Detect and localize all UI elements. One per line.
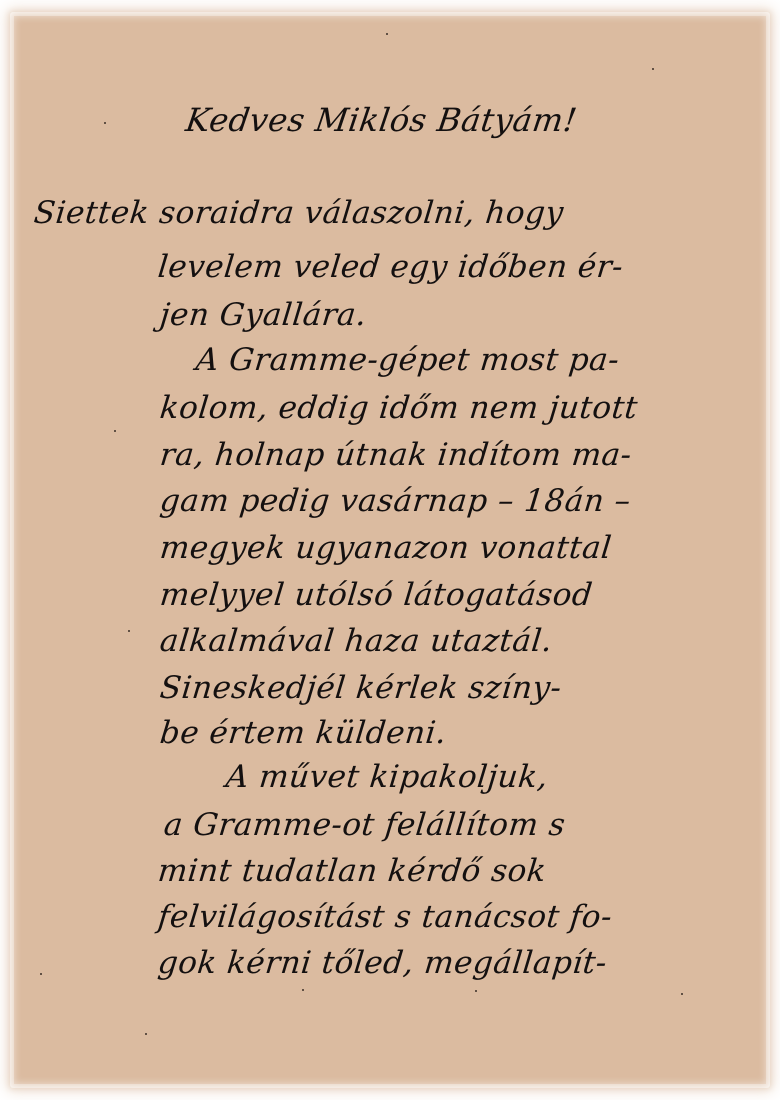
paper-speck: [40, 973, 42, 975]
letter-line-2: levelem veled egy időben ér-: [156, 252, 624, 283]
letter-line-8: megyek ugyanazon vonattal: [158, 533, 613, 564]
paper-speck: [652, 68, 654, 70]
letter-line-14: a Gramme-ot felállítom s: [162, 810, 566, 841]
letter-line-4: A Gramme-gépet most pa-: [194, 345, 620, 376]
paper-speck: [104, 122, 106, 124]
letter-line-1: Siettek soraidra válaszolni, hogy: [32, 198, 565, 229]
paper-speck: [145, 1033, 147, 1035]
letter-line-7: gam pedig vasárnap – 18án –: [158, 486, 632, 517]
letter-line-6: ra, holnap útnak indítom ma-: [158, 440, 633, 471]
letter-line-9: melyyel utólsó látogatásod: [158, 580, 594, 611]
paper-speck: [302, 989, 304, 991]
paper-speck: [475, 990, 477, 992]
letter-line-5: kolom, eddig időm nem jutott: [158, 393, 639, 424]
letter-line-12: be értem küldeni.: [158, 718, 448, 749]
paper-speck: [114, 430, 116, 432]
paper-speck: [681, 993, 683, 995]
letter-salutation: Kedves Miklós Bátyám!: [184, 104, 579, 136]
letter-line-16: felvilágosítást s tanácsot fo-: [156, 902, 613, 933]
letter-line-10: alkalmával haza utaztál.: [158, 626, 554, 657]
letter-line-15: mint tudatlan kérdő sok: [156, 856, 547, 887]
paper-speck: [386, 33, 388, 35]
letter-line-11: Sineskedjél kérlek színy-: [158, 673, 563, 704]
letter-line-3: jen Gyallára.: [158, 300, 368, 331]
letter-line-13: A művet kipakoljuk,: [224, 762, 549, 793]
paper-speck: [128, 630, 130, 632]
letter-line-17: gok kérni tőled, megállapít-: [156, 948, 608, 979]
